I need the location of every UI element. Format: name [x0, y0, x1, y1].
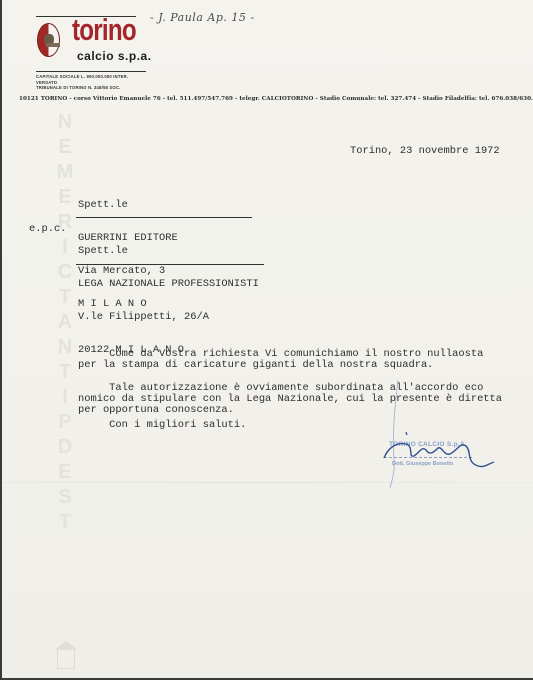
watermark-letter: C: [54, 260, 76, 285]
watermark-letter: P: [54, 410, 76, 435]
handwritten-note: - J. Paula Ap. 15 -: [150, 11, 255, 24]
watermark-letter: N: [54, 110, 76, 135]
watermark-letter: I: [54, 235, 76, 260]
body-paragraph-1: Come da Vostra richiesta Vi comunichiamo…: [78, 349, 483, 371]
watermark-letter: T: [54, 510, 76, 535]
paper-watermark: NEMERICTANTIPDEST: [54, 110, 76, 535]
company-registration: CAPITALE SOCIALE L. 900.000.000 INTER. V…: [36, 71, 146, 91]
watermark-letter: A: [54, 310, 76, 335]
cc-salutation: Spett.le: [78, 246, 259, 257]
watermark-letter: S: [54, 485, 76, 510]
letter-page: torino calcio s.p.a. CAPITALE SOCIALE L.…: [0, 0, 533, 680]
cc-street: V.le Filippetti, 26/A: [78, 312, 259, 323]
club-name: torino: [72, 14, 136, 45]
watermark-house-icon: [57, 650, 75, 669]
watermark-letter: T: [54, 360, 76, 385]
watermark-letter: M: [54, 160, 76, 185]
cc-underline: [76, 264, 264, 265]
crest-band: [46, 43, 60, 47]
cc-label: e.p.c.: [29, 224, 66, 235]
tribunal-line: TRIBUNALE DI TORINO N. 348/58 SOC.: [36, 85, 146, 91]
watermark-letter: I: [54, 385, 76, 410]
watermark-letter: D: [54, 435, 76, 460]
handwritten-signature-icon: [362, 380, 522, 490]
paper-fold: [4, 482, 533, 483]
torino-bull-crest-icon: [37, 23, 60, 57]
recipient-underline: [76, 217, 252, 218]
watermark-letter: N: [54, 335, 76, 360]
capital-line: CAPITALE SOCIALE L. 900.000.000 INTER. V…: [36, 74, 146, 85]
cc-name: LEGA NAZIONALE PROFESSIONISTI: [78, 279, 259, 290]
letter-date: Torino, 23 novembre 1972: [350, 146, 500, 157]
watermark-letter: E: [54, 135, 76, 160]
watermark-letter: T: [54, 285, 76, 310]
watermark-letter: E: [54, 185, 76, 210]
club-subtitle: calcio s.p.a.: [77, 49, 152, 63]
closing-line: Con i migliori saluti.: [78, 420, 246, 431]
recipient-salutation: Spett.le: [78, 200, 178, 211]
letterhead-address: 10121 TORINO - corso Vittorio Emanuele 7…: [19, 96, 529, 102]
